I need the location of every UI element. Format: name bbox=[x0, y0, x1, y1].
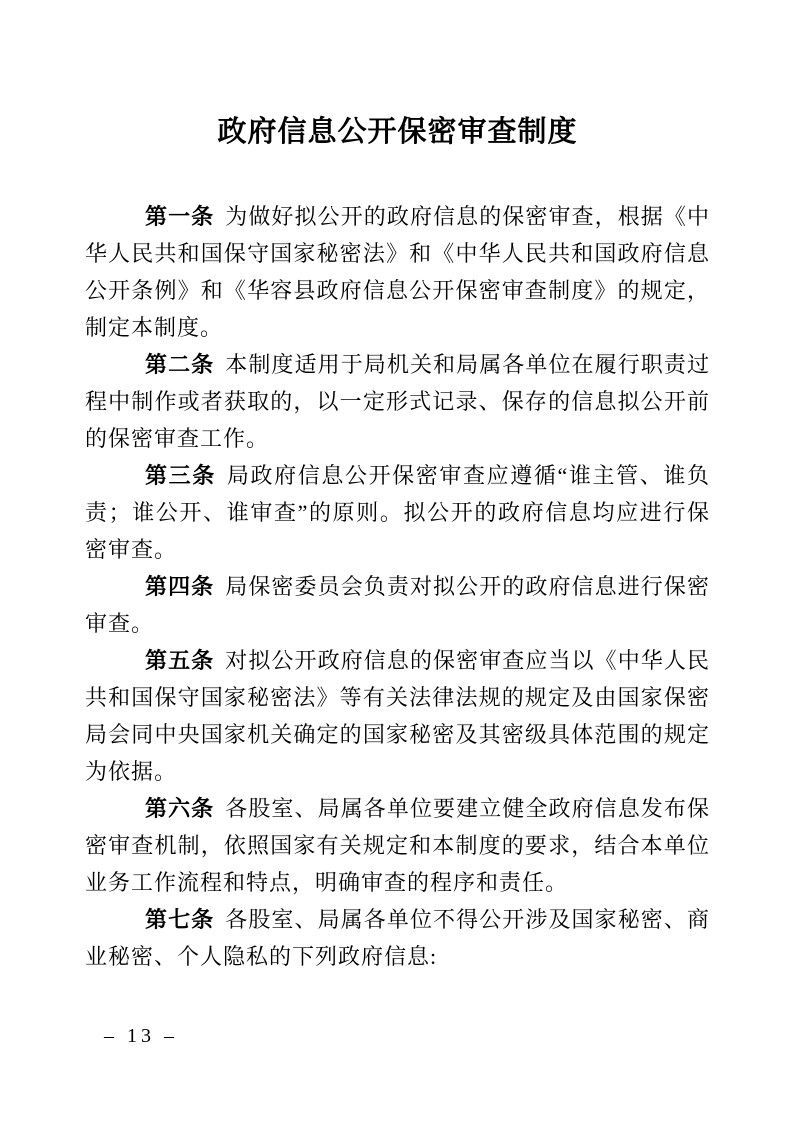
article-paragraph-2: 第二条本制度适用于局机关和局属各单位在履行职责过程中制作或者获取的，以一定形式记… bbox=[85, 346, 710, 457]
article-label-2: 第二条 bbox=[145, 352, 214, 377]
article-label-1: 第一条 bbox=[145, 204, 214, 229]
document-sheet: 政府信息公开保密审查制度 第一条为做好拟公开的政府信息的保密审查，根据《中华人民… bbox=[0, 0, 793, 1122]
document-page: { "page": { "title": "政府信息公开保密审查制度", "pa… bbox=[0, 0, 793, 1122]
article-paragraph-5: 第五条对拟公开政府信息的保密审查应当以《中华人民共和国保守国家秘密法》等有关法律… bbox=[85, 642, 710, 790]
article-paragraph-7: 第七条各股室、局属各单位不得公开涉及国家秘密、商业秘密、个人隐私的下列政府信息: bbox=[85, 901, 710, 975]
article-label-7: 第七条 bbox=[145, 907, 214, 932]
article-paragraph-6: 第六条各股室、局属各单位要建立健全政府信息发布保密审查机制，依照国家有关规定和本… bbox=[85, 790, 710, 901]
document-body: 第一条为做好拟公开的政府信息的保密审查，根据《中华人民共和国保守国家秘密法》和《… bbox=[85, 198, 710, 975]
article-label-6: 第六条 bbox=[145, 796, 214, 821]
article-label-5: 第五条 bbox=[145, 648, 214, 673]
page-number: – 13 – bbox=[104, 1023, 178, 1049]
article-paragraph-4: 第四条局保密委员会负责对拟公开的政府信息进行保密审查。 bbox=[85, 568, 710, 642]
article-label-3: 第三条 bbox=[145, 463, 216, 488]
article-paragraph-1: 第一条为做好拟公开的政府信息的保密审查，根据《中华人民共和国保守国家秘密法》和《… bbox=[85, 198, 710, 346]
article-paragraph-3: 第三条局政府信息公开保密审查应遵循“谁主管、谁负责；谁公开、谁审查”的原则。拟公… bbox=[85, 457, 710, 568]
article-label-4: 第四条 bbox=[145, 574, 214, 599]
document-title: 政府信息公开保密审查制度 bbox=[85, 112, 710, 152]
